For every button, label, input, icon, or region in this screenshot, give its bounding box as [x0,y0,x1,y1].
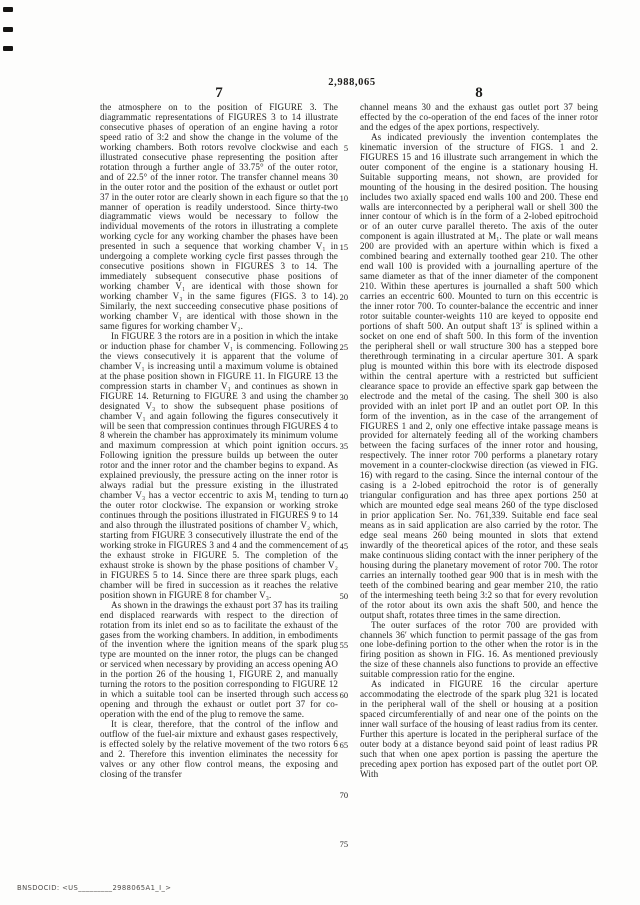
paragraph: As shown in the drawings the exhaust por… [100,601,338,720]
line-number: 55 [333,601,348,651]
paragraph: It is clear, therefore, that the control… [100,720,338,780]
right-column-text: channel means 30 and the exhaust gas out… [360,103,598,780]
line-number: 35 [333,402,348,452]
line-number: 45 [333,501,348,551]
scan-mark [3,27,13,32]
line-number: 25 [333,302,348,352]
line-number: 50 [333,551,348,601]
scan-mark [3,46,13,51]
line-number: 65 [333,700,348,750]
line-number: 20 [333,252,348,302]
footer-docid: BNSDOCID: <US_________2988065A1_I_> [17,884,171,892]
column-number-7: 7 [100,85,338,102]
line-number: 70 [333,750,348,800]
scan-mark [3,7,13,12]
line-numbers-gutter: 51015202530354045505560657075 [333,103,348,849]
line-number: 60 [333,650,348,700]
paragraph: In FIGURE 3 the rotors are in a position… [100,332,338,601]
paragraph: the atmosphere on to the position of FIG… [100,103,338,332]
paragraph: As indicated previously the invention co… [360,133,598,621]
line-number: 30 [333,352,348,402]
line-number: 40 [333,451,348,501]
paragraph: channel means 30 and the exhaust gas out… [360,103,598,133]
left-column-text: the atmosphere on to the position of FIG… [100,103,338,780]
line-number: 10 [333,153,348,203]
paragraph: The outer surfaces of the rotor 700 are … [360,621,598,681]
paragraph: As indicated in FIGURE 16 the circular a… [360,680,598,780]
line-number: 15 [333,203,348,253]
line-number: 75 [333,800,348,850]
column-number-8: 8 [360,85,598,102]
line-number: 5 [333,103,348,153]
